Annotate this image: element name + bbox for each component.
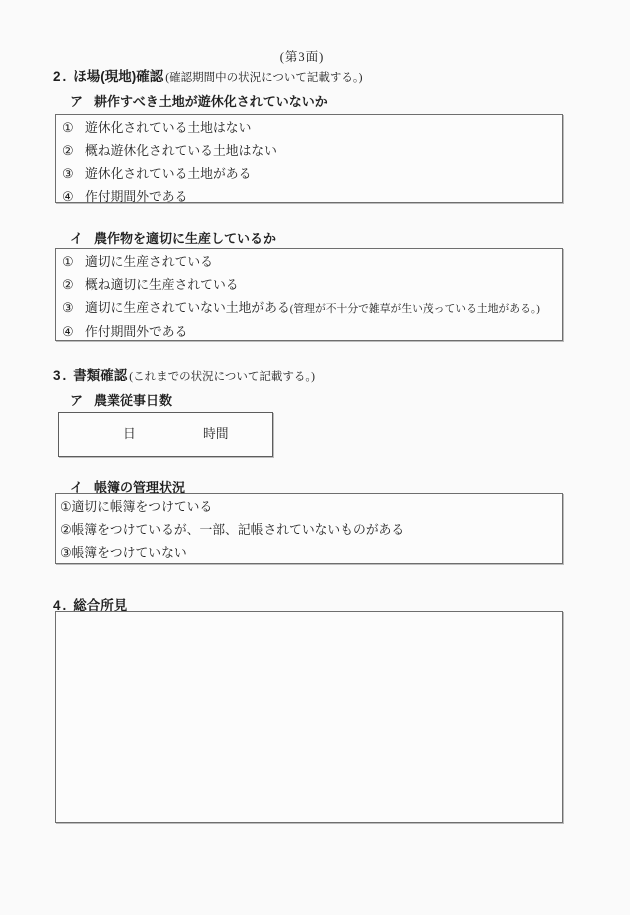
option-text: 帳簿をつけていない <box>71 542 186 565</box>
option-note: (管理が不十分で雑草が生い茂っている土地がある。) <box>290 298 540 321</box>
option-mark: ④ <box>62 321 85 344</box>
option-text: 作付期間外である <box>85 321 187 344</box>
option-text: 遊休化されている土地はない <box>85 117 251 140</box>
option-row: ① 適切に生産されている <box>56 251 562 274</box>
section-3-note: (これまでの状況について記載する。) <box>129 371 315 383</box>
option-mark: ② <box>62 140 85 163</box>
option-row: ③ 適切に生産されていない土地がある (管理が不十分で雑草が生い茂っている土地が… <box>56 297 562 321</box>
option-text: 適切に生産されている <box>85 251 213 274</box>
crop-production-options-box: ① 適切に生産されている ② 概ね適切に生産されている ③ 適切に生産されていな… <box>55 248 563 341</box>
subsection-2i-title: 農作物を適切に生産しているか <box>94 231 276 246</box>
subsection-2a-title: 耕作すべき土地が遊休化されていないか <box>94 94 328 109</box>
hours-unit-label: 時間 <box>203 413 229 456</box>
subsection-2a-kana: ア <box>70 94 83 109</box>
option-mark: ① <box>62 251 85 274</box>
option-row: ③ 遊休化されている土地がある <box>56 163 562 186</box>
section-3-heading: 3.書類確認(これまでの状況について記載する。) <box>53 364 315 384</box>
option-row: ④ 作付期間外である <box>56 321 562 344</box>
option-text: 作付期間外である <box>85 186 187 209</box>
option-mark: ② <box>62 274 85 297</box>
overall-remarks-box[interactable] <box>55 611 563 823</box>
subsection-2i-heading: イ農作物を適切に生産しているか <box>70 228 276 247</box>
option-row: ③ 帳簿をつけていない <box>56 542 562 565</box>
days-unit-label: 日 <box>123 413 136 456</box>
days-value-field[interactable] <box>71 417 119 453</box>
option-mark: ④ <box>62 186 85 209</box>
option-row: ② 概ね適切に生産されている <box>56 274 562 297</box>
option-mark: ③ <box>60 542 71 565</box>
section-2-number: 2. <box>53 69 68 84</box>
option-mark: ③ <box>62 163 85 186</box>
option-text: 帳簿をつけているが、一部、記帳されていないものがある <box>71 519 404 542</box>
option-mark: ① <box>62 117 85 140</box>
section-2-heading: 2.ほ場(現地)確認(確認期間中の状況について記載する。) <box>53 65 362 85</box>
section-2-note: (確認期間中の状況について記載する。) <box>165 72 362 84</box>
option-row: ④ 作付期間外である <box>56 186 562 209</box>
ledger-status-options-box: ① 適切に帳簿をつけている ② 帳簿をつけているが、一部、記帳されていないものが… <box>55 493 563 564</box>
section-3-title: 書類確認 <box>73 368 127 383</box>
option-text: 適切に帳簿をつけている <box>71 496 212 519</box>
hours-value-field[interactable] <box>149 417 199 453</box>
subsection-2i-kana: イ <box>70 231 83 246</box>
document-page: (第3面) 2.ほ場(現地)確認(確認期間中の状況について記載する。) ア耕作す… <box>0 0 630 915</box>
option-mark: ① <box>60 496 71 519</box>
option-text: 適切に生産されていない土地がある <box>85 297 290 320</box>
subsection-2a-heading: ア耕作すべき土地が遊休化されていないか <box>70 91 328 110</box>
section-3-number: 3. <box>53 368 68 383</box>
page-number-label: (第3面) <box>0 47 604 65</box>
option-row: ② 帳簿をつけているが、一部、記帳されていないものがある <box>56 519 562 542</box>
option-text: 概ね適切に生産されている <box>85 274 239 297</box>
subsection-3a-heading: ア農業従事日数 <box>70 390 172 409</box>
option-mark: ③ <box>62 297 85 320</box>
option-row: ① 遊休化されている土地はない <box>56 117 562 140</box>
subsection-3a-title: 農業従事日数 <box>94 393 172 408</box>
option-row: ② 概ね遊休化されている土地はない <box>56 140 562 163</box>
option-mark: ② <box>60 519 71 542</box>
farming-days-box: 日 時間 <box>58 412 273 457</box>
option-text: 概ね遊休化されている土地はない <box>85 140 277 163</box>
option-text: 遊休化されている土地がある <box>85 163 251 186</box>
land-idle-options-box: ① 遊休化されている土地はない ② 概ね遊休化されている土地はない ③ 遊休化さ… <box>55 114 563 203</box>
option-row: ① 適切に帳簿をつけている <box>56 496 562 519</box>
section-2-title: ほ場(現地)確認 <box>73 69 163 84</box>
subsection-3a-kana: ア <box>70 393 83 408</box>
